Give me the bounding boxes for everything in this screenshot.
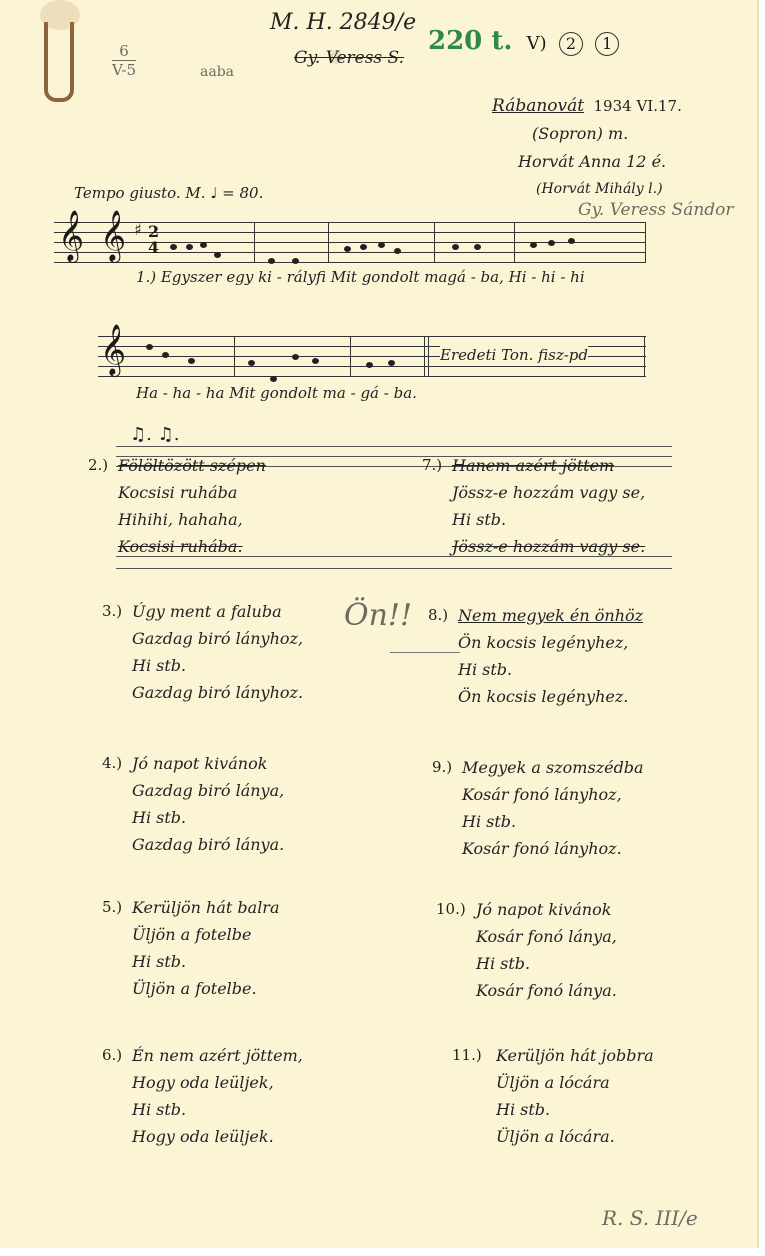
lyrics-line-1: 1.) Egyszer egy ki - rályfi Mit gondolt …	[136, 268, 585, 286]
verse-11: 11.) Kerüljön hát jobbra Üljön a lócára …	[496, 1042, 654, 1150]
treble-clef-icon: 𝄞	[58, 216, 84, 256]
collector-name: Gy. Veress Sándor	[578, 200, 734, 220]
collector-crossed: Gy. Veress S.	[294, 48, 404, 68]
verse-7: 7.) Hanem azért jöttem Jössz-e hozzám va…	[452, 452, 645, 560]
roman-marker: V)	[527, 33, 547, 54]
rhythm-marks: ♫. ♫.	[130, 424, 179, 445]
circled-number: 1	[595, 32, 619, 56]
verse-3: 3.) Úgy ment a faluba Gazdag biró lányho…	[132, 598, 303, 706]
provenance-county: (Sopron) m.	[532, 124, 628, 143]
archive-marks: 220 t. V) 2 1	[428, 26, 619, 56]
verse-10: 10.) Jó napot kivánok Kosár fonó lánya, …	[476, 896, 617, 1004]
original-pitch-note: Eredeti Ton. fisz-pd	[440, 346, 588, 364]
margin-note: Ön!!	[344, 598, 412, 633]
fraction-note: 6 V-5	[112, 42, 136, 79]
key-signature: ♯	[134, 220, 142, 239]
singer: Horvát Anna 12 é.	[518, 152, 666, 171]
verse-5: 5.) Kerüljön hát balra Üljön a fotelbe H…	[132, 894, 280, 1002]
staple-mark	[44, 22, 74, 102]
lyrics-line-2: Ha - ha - ha Mit gondolt ma - gá - ba.	[136, 384, 417, 402]
manuscript-page: 6 V-5 aaba M. H. 2849/e Gy. Veress S. 22…	[0, 0, 759, 1248]
form-label: aaba	[200, 64, 234, 80]
verse-8: 8.) Nem megyek én önhöz Ön kocsis legény…	[458, 602, 643, 710]
stain	[40, 0, 80, 30]
circled-number: 2	[559, 32, 583, 56]
provenance-place: Rábanovát 1934 VI.17.	[492, 96, 682, 116]
staff-2: 𝄞 Eredeti Ton. fisz-pd	[98, 336, 646, 376]
verse-4: 4.) Jó napot kivánok Gazdag biró lánya, …	[132, 750, 284, 858]
footer-reference: R. S. III/e	[602, 1206, 698, 1230]
staff-1: 𝄞 𝄞 ♯ 2 4	[54, 222, 646, 262]
verse-6: 6.) Én nem azért jöttem, Hogy oda leülje…	[132, 1042, 303, 1150]
catalog-number: M. H. 2849/e	[270, 10, 416, 35]
treble-clef-icon: 𝄞	[100, 216, 126, 256]
tempo-marking: Tempo giusto. M. ♩ = 80.	[74, 184, 263, 202]
singer-father: (Horvát Mihály l.)	[536, 181, 663, 197]
treble-clef-icon: 𝄞	[100, 330, 126, 370]
verse-2: 2.) Fölöltözött szépen Kocsisi ruhába Hi…	[118, 452, 266, 560]
verse-9: 9.) Megyek a szomszédba Kosár fonó lányh…	[462, 754, 644, 862]
time-signature: 2 4	[148, 224, 159, 256]
green-number: 220 t.	[428, 26, 512, 56]
